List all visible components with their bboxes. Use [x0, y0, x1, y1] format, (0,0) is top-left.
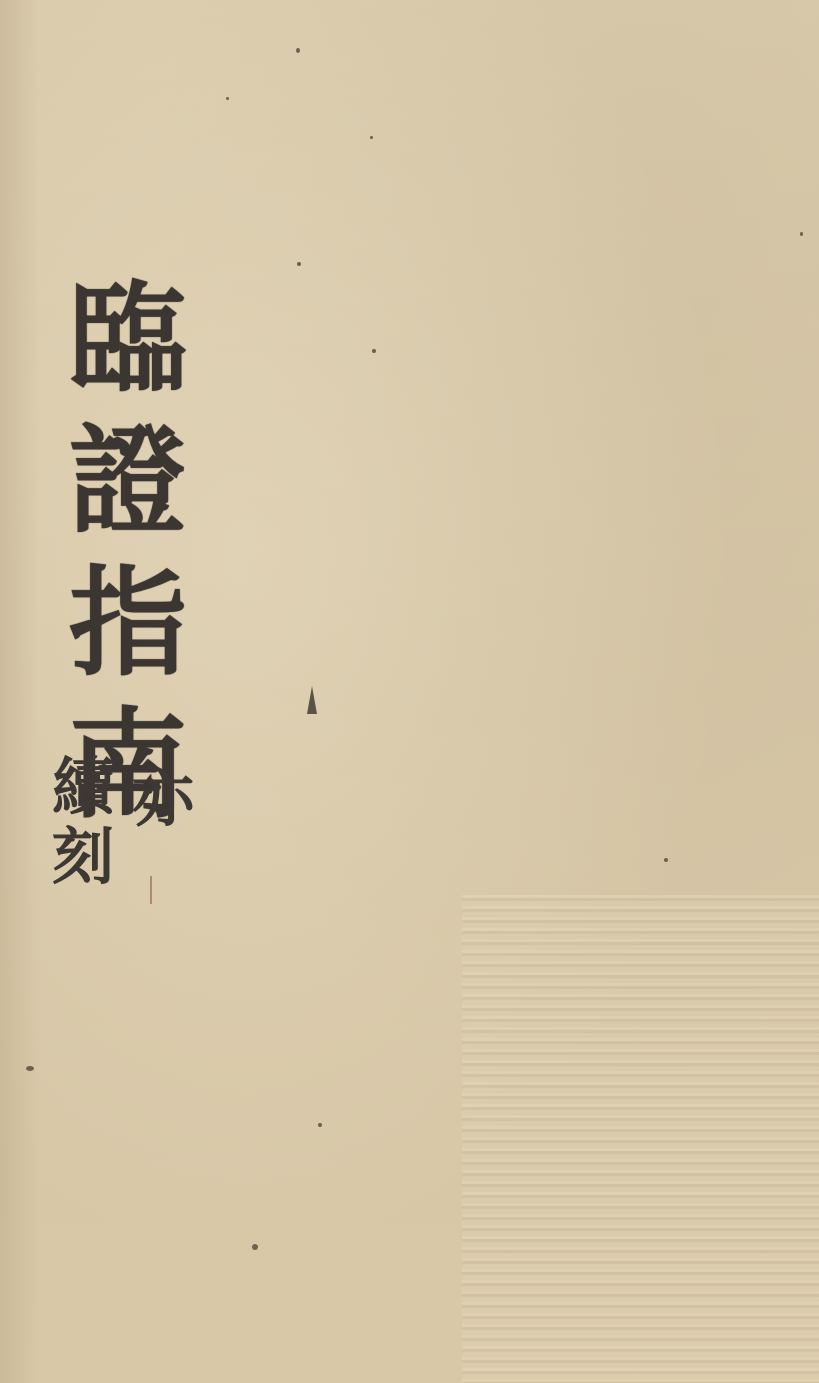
paper-speck [296, 48, 300, 53]
paper-speck [800, 232, 803, 236]
title-char: 指 [69, 552, 187, 694]
spine-shadow [0, 0, 40, 1383]
paper-speck [664, 858, 668, 862]
title-char: 臨 [69, 268, 187, 410]
subtitle-char: 刻 [52, 822, 114, 892]
subtitle-char: 續 [52, 752, 114, 822]
subtitle-right-column: 亦 [132, 764, 194, 834]
paper-speck [226, 97, 229, 100]
ink-mark [307, 686, 317, 714]
paper-streak-texture [462, 895, 819, 1383]
title-char: 證 [69, 410, 187, 552]
subtitle-left-column: 續 刻 [52, 752, 114, 892]
paper-speck [252, 1244, 258, 1250]
paper-speck [372, 349, 376, 353]
paper-speck [370, 136, 373, 139]
paper-speck [318, 1123, 322, 1127]
subtitle: 續 刻 亦 [52, 752, 192, 912]
subtitle-char: 亦 [132, 762, 194, 835]
paper-speck [26, 1066, 34, 1071]
paper-speck [297, 262, 301, 266]
